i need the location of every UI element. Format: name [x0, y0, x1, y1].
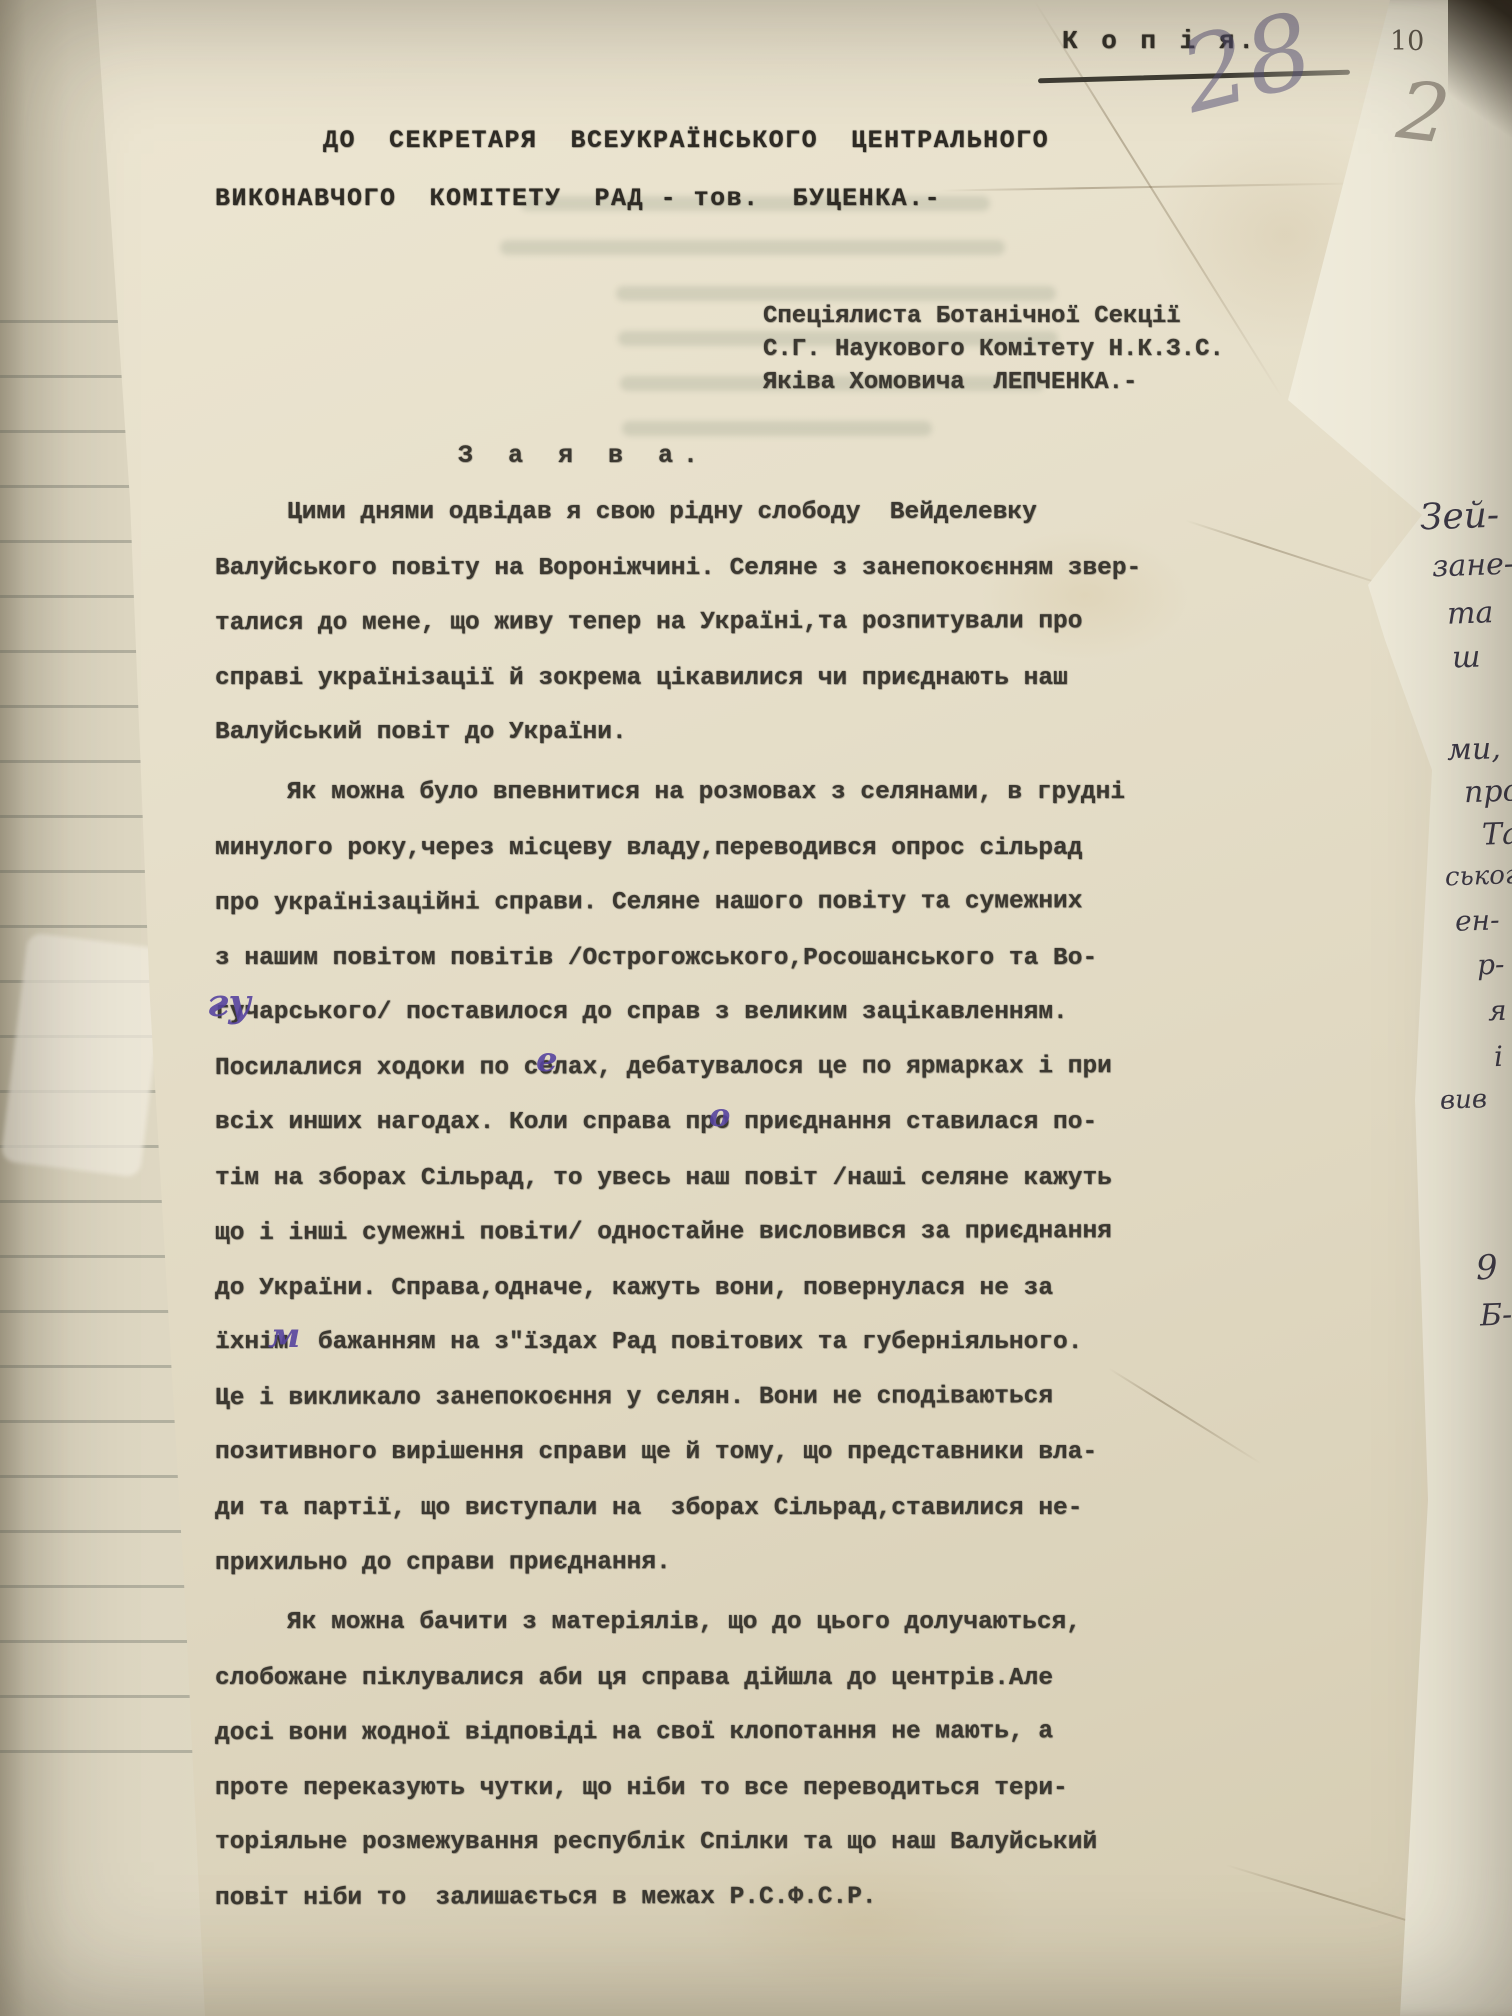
ink-correction: м [268, 1316, 300, 1356]
typed-line: Валуйського повіту на Вороніжчині. Селян… [215, 541, 1195, 596]
typed-line: слобожане піклувалися аби ця справа дійш… [215, 1651, 1195, 1706]
typed-line: проте переказують чутки, що ніби то все … [215, 1761, 1195, 1816]
typed-line: прихильно до справи приєднання. [215, 1534, 1195, 1591]
typed-line: Це і викликало занепокоєння у селян. Вон… [215, 1369, 1195, 1426]
margin-handwriting: і [1493, 1040, 1503, 1073]
margin-handwriting: ми, [1446, 731, 1501, 768]
typed-line: з нашим повітом повітів /Острогожського,… [215, 931, 1195, 986]
typed-line: що і інші сумежні повіти/ одностайне вис… [215, 1204, 1195, 1261]
typed-line: до України. Справа,одначе, кажуть вони, … [215, 1261, 1195, 1316]
margin-handwriting: ен- [1454, 903, 1500, 938]
background-gap-shadow [1448, 0, 1512, 180]
typed-line: Цими днями одвідав я свою рідну слободу … [215, 485, 1195, 540]
ink-correction: е [536, 1040, 558, 1080]
typed-line: Як можна було впевнитися на розмовах з с… [215, 765, 1195, 820]
ink-correction: гу [207, 980, 251, 1025]
typed-line: минулого року,через місцеву владу,перево… [215, 821, 1195, 876]
margin-handwriting: зане- [1431, 547, 1512, 585]
margin-handwriting: ського [1445, 859, 1512, 892]
page-number: 10 [1390, 26, 1424, 57]
torn-paper-patch [1, 932, 168, 1177]
margin-handwriting: Та [1481, 816, 1512, 852]
typed-line: гучарського/ поставилося до справ з вели… [215, 985, 1195, 1040]
ink-correction: о [709, 1096, 730, 1134]
typed-line: Як можна бачити з матеріялів, що до цьог… [215, 1595, 1195, 1650]
typed-line: про українізаційні справи. Селяне нашого… [215, 874, 1195, 931]
typed-line: талися до мене, що живу тепер на Україні… [215, 594, 1195, 651]
sender-line-3: Яківа Хомовича ЛЕПЧЕНКА.- [763, 366, 1224, 399]
typed-line: тім на зборах Сільрад, то увесь наш пові… [215, 1151, 1195, 1206]
archival-photo-of-typewritten-document: { "document": { "stamp": { "copy_label":… [0, 0, 1512, 2016]
margin-handwriting: р- [1476, 948, 1505, 982]
margin-handwriting: та [1446, 595, 1494, 632]
margin-handwriting: прос [1463, 773, 1512, 811]
margin-handwriting: 9 [1475, 1248, 1498, 1289]
margin-handwriting: Зей- [1419, 495, 1499, 539]
sender-line-1: Спеціялиста Ботанічної Секції [763, 300, 1224, 333]
typed-line: справі українізації й зокрема цікавилися… [215, 651, 1195, 706]
typed-line: торіяльне розмежування республік Спілки … [215, 1815, 1195, 1870]
document-title: З а я в а. [458, 441, 708, 470]
typed-line: досі вони жодної відповіді на свої клопо… [215, 1704, 1195, 1761]
show-through-text [616, 286, 1056, 301]
typed-line: всіх инших нагодах. Коли справа про приє… [215, 1095, 1195, 1150]
paragraph-2: Як можна було впевнитися на розмовах з с… [215, 765, 1195, 1590]
addressee-line-1: ДО СЕКРЕТАРЯ ВСЕУКРАЇНСЬКОГО ЦЕНТРАЛЬНОГ… [323, 126, 1049, 155]
show-through-text [622, 421, 932, 436]
typed-line: їхнім бажанням на з"їздах Рад повітових … [215, 1315, 1195, 1370]
typed-line: позитивного вирішення справи ще й тому, … [215, 1425, 1195, 1480]
margin-handwriting: я [1487, 994, 1507, 1028]
addressee-line-2: ВИКОНАВЧОГО КОМІТЕТУ РАД - тов. БУЦЕНКА.… [215, 184, 941, 213]
typed-line: Валуйський повіт до України. [215, 705, 1195, 760]
paragraph-1: Цими днями одвідав я свою рідну слободу … [215, 485, 1195, 760]
margin-handwriting: ш [1451, 640, 1481, 676]
sender-block: Спеціялиста Ботанічної Секції С.Г. Науко… [763, 300, 1224, 399]
typed-line: Посилалися ходоки по селах, дебатувалося… [215, 1039, 1195, 1096]
sender-line-2: С.Г. Наукового Комітету Н.К.З.С. [763, 333, 1224, 366]
margin-handwriting: вив [1439, 1084, 1487, 1116]
typed-line: повіт ніби то залишається в межах Р.С.Ф.… [215, 1869, 1195, 1926]
show-through-text [500, 240, 1005, 255]
paragraph-3: Як можна бачити з матеріялів, що до цьог… [215, 1595, 1195, 1925]
margin-handwriting: Б- [1479, 1297, 1512, 1333]
typed-line: ди та партії, що виступали на зборах Сіл… [215, 1481, 1195, 1536]
